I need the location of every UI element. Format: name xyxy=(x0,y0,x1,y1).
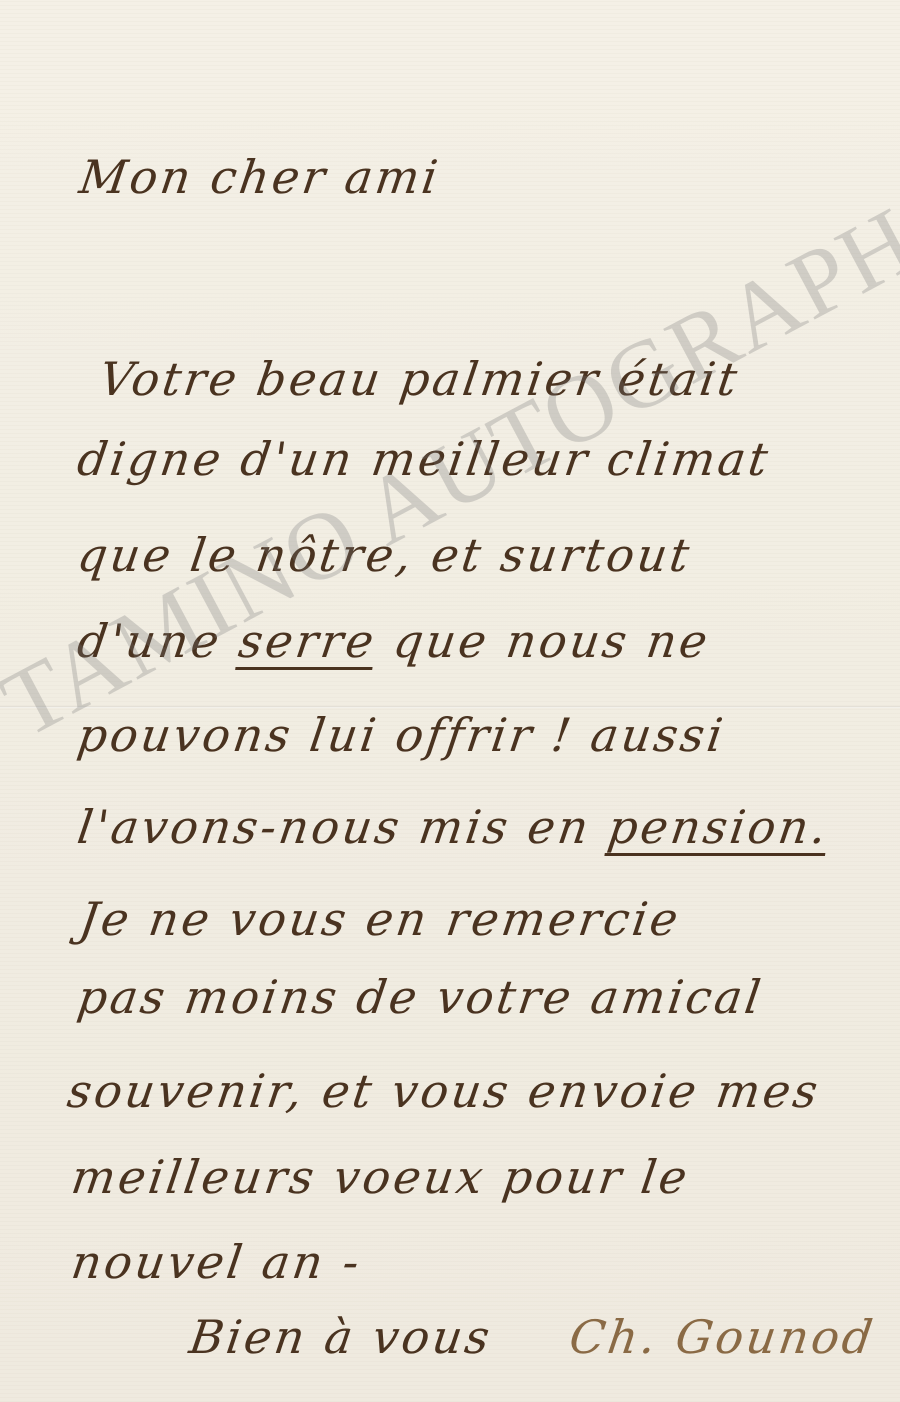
underlined-word-serre: serre xyxy=(235,614,380,668)
letter-line-4-end: que nous ne xyxy=(390,614,714,668)
letter-line-11: nouvel an - xyxy=(68,1235,365,1289)
letter-line-2: digne d'un meilleur climat xyxy=(74,432,774,486)
salutation: Mon cher ami xyxy=(76,150,444,204)
letter-line-6-start: l'avons-nous mis en xyxy=(74,800,594,854)
letter-line-10: meilleurs voeux pour le xyxy=(68,1150,693,1204)
underlined-word-pension: pension. xyxy=(605,800,833,854)
closing: Bien à vous xyxy=(186,1310,496,1364)
letter-line-8: pas moins de votre amical xyxy=(74,970,767,1024)
letter-line-4: d'une serre que nous ne xyxy=(74,614,713,668)
letter-line-6: l'avons-nous mis en pension. xyxy=(74,800,833,854)
signature: Ch. Gounod xyxy=(566,1310,878,1364)
letter-line-5: pouvons lui offrir ! aussi xyxy=(74,708,729,762)
letter-line-1: Votre beau palmier était xyxy=(96,352,743,406)
letter-line-3: que le nôtre, et surtout xyxy=(74,528,695,582)
letter-line-7: Je ne vous en remercie xyxy=(76,892,684,946)
letter-line-9: souvenir, et vous envoie mes xyxy=(64,1064,824,1118)
letter-body: Mon cher ami Votre beau palmier était di… xyxy=(0,0,900,1402)
letter-line-4-start: d'une xyxy=(74,614,225,668)
